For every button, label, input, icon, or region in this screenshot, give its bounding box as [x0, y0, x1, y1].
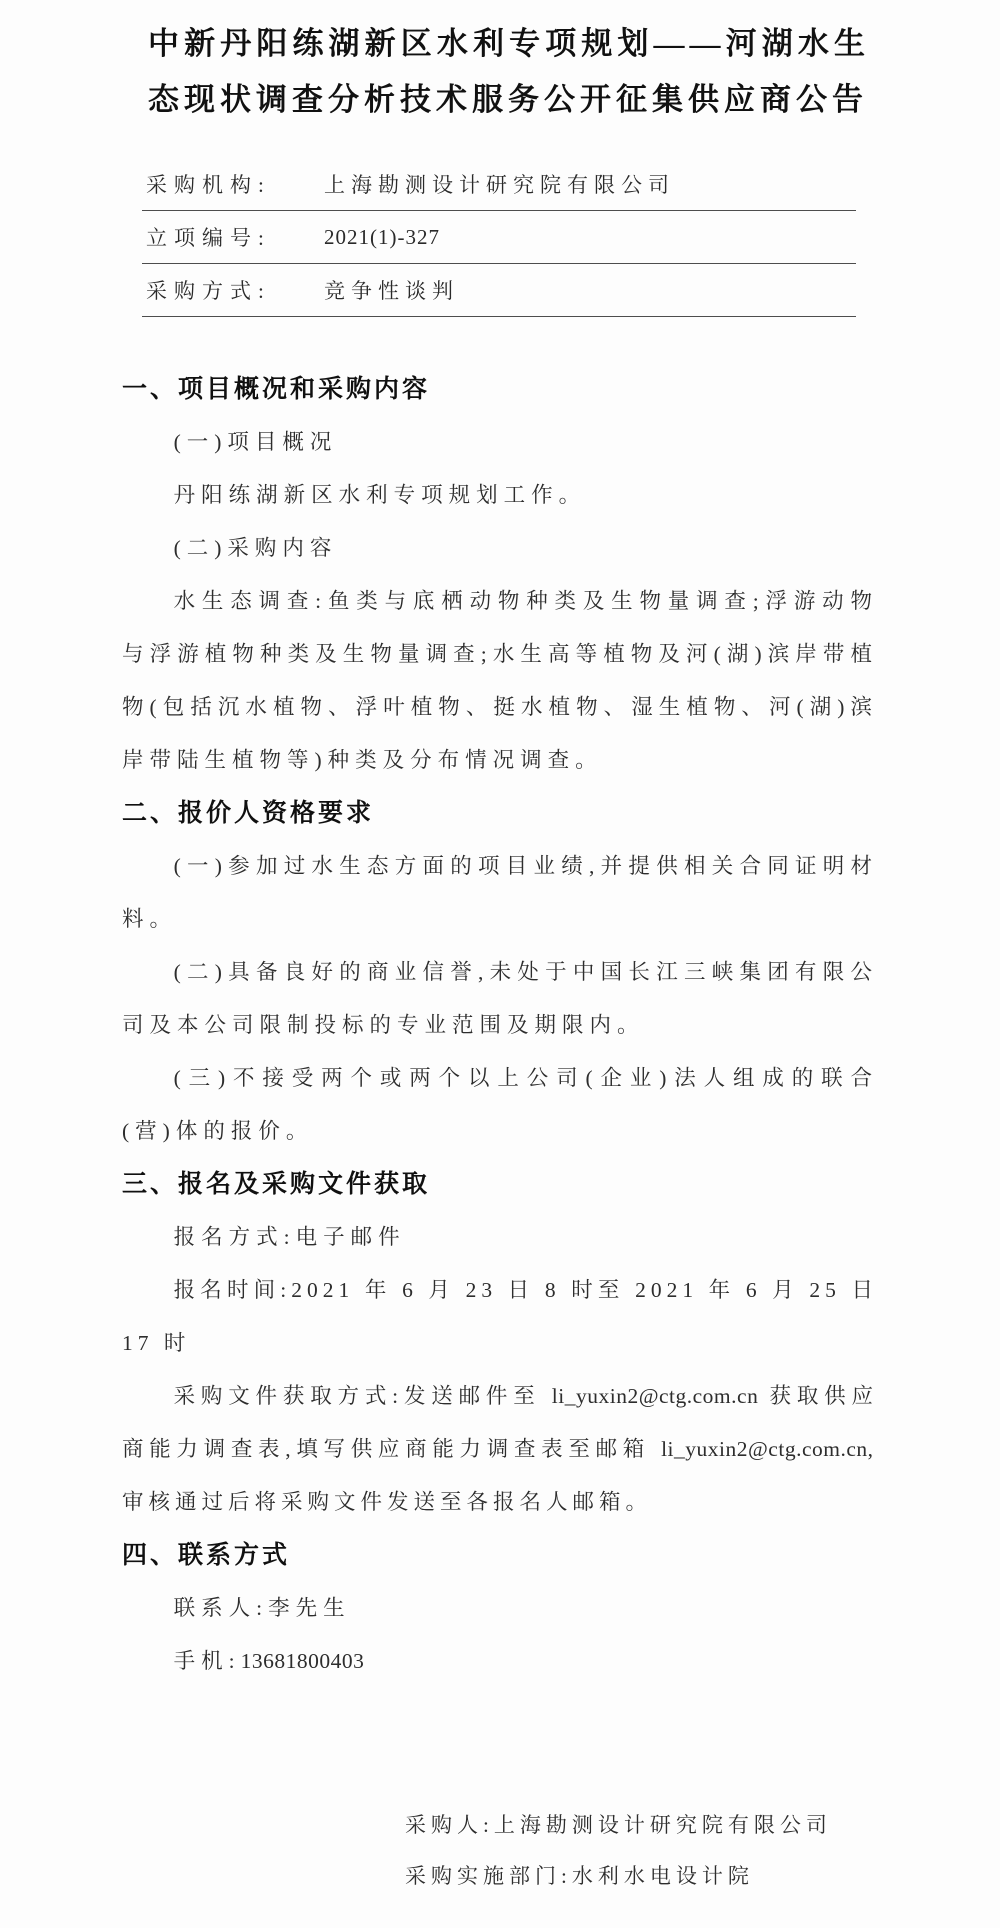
document-title: 中新丹阳练湖新区水利专项规划——河湖水生态现状调查分析技术服务公开征集供应商公告 [148, 16, 870, 128]
phone-label: 手机: [174, 1649, 241, 1673]
section-heading-1: 一、项目概况和采购内容 [122, 363, 878, 416]
paragraph-phone: 手机:13681800403 [122, 1635, 878, 1688]
info-row-project-number: 立项编号: 2021(1)-327 [142, 211, 856, 264]
paragraph-file-acquisition: 采购文件获取方式:发送邮件至 li_yuxin2@ctg.com.cn 获取供应… [122, 1370, 878, 1529]
paragraph: 水生态调查:鱼类与底栖动物种类及生物量调查;浮游动物与浮游植物种类及生物量调查;… [122, 575, 878, 787]
paragraph: (二)具备良好的商业信誉,未处于中国长江三峡集团有限公司及本公司限制投标的专业范… [122, 946, 878, 1052]
paragraph: (二)采购内容 [122, 522, 878, 575]
paragraph: (一)参加过水生态方面的项目业绩,并提供相关合同证明材料。 [122, 840, 878, 946]
paragraph-contact-person: 联系人:李先生 [122, 1582, 878, 1635]
footer-department: 采购实施部门:水利水电设计院 [405, 1851, 878, 1902]
phone-number: 13681800403 [241, 1649, 365, 1673]
paragraph: (一)项目概况 [122, 416, 878, 469]
footer-purchaser: 采购人:上海勘测设计研究院有限公司 [405, 1800, 878, 1851]
paragraph: (三)不接受两个或两个以上公司(企业)法人组成的联合(营)体的报价。 [122, 1052, 878, 1158]
email-address: li_yuxin2@ctg.com.cn [661, 1437, 868, 1461]
info-table: 采购机构: 上海勘测设计研究院有限公司 立项编号: 2021(1)-327 采购… [142, 158, 856, 317]
info-label: 立项编号: [142, 222, 324, 252]
paragraph: 丹阳练湖新区水利专项规划工作。 [122, 469, 878, 522]
document-footer: 采购人:上海勘测设计研究院有限公司 采购实施部门:水利水电设计院 [122, 1800, 878, 1902]
section-heading-3: 三、报名及采购文件获取 [122, 1158, 878, 1211]
email-address: li_yuxin2@ctg.com.cn [552, 1384, 759, 1408]
document-body: 一、项目概况和采购内容 (一)项目概况 丹阳练湖新区水利专项规划工作。 (二)采… [122, 363, 878, 1688]
section-heading-4: 四、联系方式 [122, 1529, 878, 1582]
info-value: 2021(1)-327 [324, 225, 440, 250]
info-row-method: 采购方式: 竞争性谈判 [142, 264, 856, 317]
info-row-agency: 采购机构: 上海勘测设计研究院有限公司 [142, 158, 856, 211]
section-heading-2: 二、报价人资格要求 [122, 787, 878, 840]
paragraph-segment: 采购文件获取方式:发送邮件至 [174, 1384, 552, 1408]
info-label: 采购机构: [142, 169, 324, 199]
paragraph: 报名方式:电子邮件 [122, 1211, 878, 1264]
info-label: 采购方式: [142, 275, 324, 305]
info-value: 竞争性谈判 [324, 275, 459, 305]
document-page: 中新丹阳练湖新区水利专项规划——河湖水生态现状调查分析技术服务公开征集供应商公告… [0, 0, 1000, 1928]
paragraph-signup-time: 报名时间:2021 年 6 月 23 日 8 时至 2021 年 6 月 25 … [122, 1264, 878, 1370]
info-value: 上海勘测设计研究院有限公司 [324, 169, 675, 199]
